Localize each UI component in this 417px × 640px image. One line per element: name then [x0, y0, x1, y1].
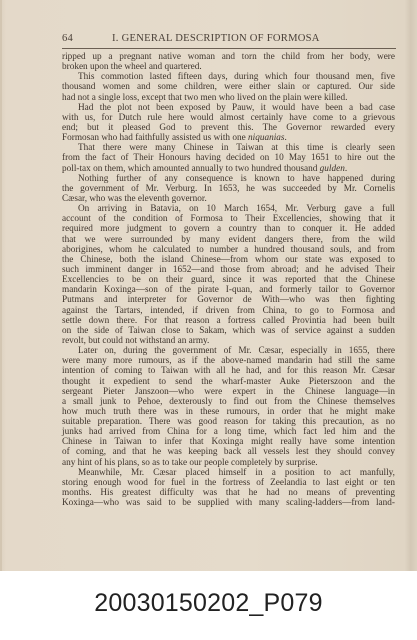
text-line-content: the Chinese, both the island Chinese—fro… — [62, 255, 395, 265]
text-line: ripped up a pregnant native woman and to… — [62, 52, 395, 62]
text-line: Nothing further of any consequence is kn… — [62, 174, 395, 184]
text-line-content: junks had arrived from China for a long … — [62, 427, 395, 437]
text-line-content: were many more rumours, as if the above-… — [62, 356, 395, 366]
text-line-content: Meanwhile, Mr. Cæsar placed himself in a… — [78, 468, 395, 478]
text-line: broken upon the wheel and quartered. — [62, 62, 395, 72]
text-line: This commotion lasted fifteen days, duri… — [62, 72, 395, 82]
text-line-content: poll-tax on them, which amounted annuall… — [62, 164, 320, 174]
punctuation: . — [345, 164, 347, 174]
text-line-content: a small junk to Pehoe, dexterously to fi… — [62, 397, 395, 407]
text-line: the government of Mr. Verburg. In 1653, … — [62, 184, 395, 194]
text-line-content: ripped up a pregnant native woman and to… — [62, 52, 395, 62]
text-line: months. His greatest difficulty was that… — [62, 488, 395, 498]
text-line: thousand women and some children, were e… — [62, 82, 395, 92]
text-line: on the side of Taiwan close to Sakam, wh… — [62, 326, 395, 336]
text-line: settle down there. For that reason a for… — [62, 316, 395, 326]
text-line: storing enough wood for fuel in the fort… — [62, 478, 395, 488]
text-line-content: Koxinga—who was said to be supplied with… — [62, 498, 395, 508]
text-line-content: Had the plot not been exposed by Pauw, i… — [78, 103, 395, 113]
text-line-content: That there were many Chinese in Taiwan a… — [78, 143, 395, 153]
text-line: the Chinese, both the island Chinese—fro… — [62, 255, 395, 265]
text-line-content: thousand women and some children, were e… — [62, 82, 395, 92]
text-line: poll-tax on them, which amounted annuall… — [62, 164, 395, 174]
text-line: That there were many Chinese in Taiwan a… — [62, 143, 395, 153]
text-line-content: Nothing further of any consequence is kn… — [78, 174, 395, 184]
punctuation: . — [285, 133, 287, 143]
page-number: 64 — [62, 33, 73, 44]
text-line-content: Excellencies to be on their guard, since… — [62, 275, 395, 285]
text-line: required more judgment to govern a count… — [62, 224, 395, 234]
text-line-content: storing enough wood for fuel in the fort… — [62, 478, 395, 488]
text-line-content: end; but it pleased God to prevent this.… — [62, 123, 395, 133]
text-line-content: had not a single loss, except that two m… — [62, 93, 347, 103]
text-line: a small junk to Pehoe, dexterously to fi… — [62, 397, 395, 407]
text-line: from the fact of Their Honours having de… — [62, 153, 395, 163]
text-line: mandarin Koxinga—son of the pirate I-qua… — [62, 285, 395, 295]
text-line-content: aborigines, whom he calculated to number… — [62, 245, 395, 255]
text-line: Chinese in Taiwan to infer that Koxinga … — [62, 437, 395, 447]
text-line-content: with us, for Dutch rule here would almos… — [62, 113, 395, 123]
text-line: suitable preparation. There was good rea… — [62, 417, 395, 427]
text-line-content: required more judgment to govern a count… — [62, 224, 395, 234]
header-rule — [62, 48, 396, 49]
text-line: such imminent danger in 1652—and those f… — [62, 265, 395, 275]
text-line-content: Later on, during the government of Mr. C… — [78, 346, 395, 356]
text-line-content: sergeant Pieter Janszoon—who were expert… — [62, 387, 395, 397]
text-line-content: Cæsar, who was the eleventh governor. — [62, 194, 207, 204]
text-line: revolt, but could not withstand an army. — [62, 336, 395, 346]
text-line: thought it expedient to send the wharf-m… — [62, 377, 395, 387]
text-line: sergeant Pieter Janszoon—who were expert… — [62, 387, 395, 397]
text-line-content: intention of coming to Taiwan with all h… — [62, 366, 395, 376]
text-line-content: on the side of Taiwan close to Sakam, wh… — [62, 326, 395, 336]
text-line: against the Tartars, intended, if driven… — [62, 306, 395, 316]
text-line: account of the condition of Formosa to T… — [62, 214, 395, 224]
text-line: were many more rumours, as if the above-… — [62, 356, 395, 366]
text-line-content: any hint of his plans, so as to take our… — [62, 458, 318, 468]
text-line: Excellencies to be on their guard, since… — [62, 275, 395, 285]
text-line-content: from the fact of Their Honours having de… — [62, 153, 395, 163]
text-line-content: Formosan who had faithfully assisted us … — [62, 133, 248, 143]
text-line: intention of coming to Taiwan with all h… — [62, 366, 395, 376]
text-line-content: Chinese in Taiwan to infer that Koxinga … — [62, 437, 395, 447]
text-line-content: that we were surrounded by many evident … — [62, 235, 395, 245]
text-line: On arriving in Batavia, on 10 March 1654… — [62, 204, 395, 214]
text-line: any hint of his plans, so as to take our… — [62, 458, 395, 468]
text-line: that we were surrounded by many evident … — [62, 235, 395, 245]
text-line: Cæsar, who was the eleventh governor. — [62, 194, 395, 204]
text-line-content: Putmans and interpreter for Governor de … — [62, 295, 395, 305]
italic-term: niquanias — [248, 133, 285, 143]
text-line-content: mandarin Koxinga—son of the pirate I-qua… — [62, 285, 395, 295]
page-edge — [0, 0, 2, 571]
text-line-content: This commotion lasted fifteen days, duri… — [78, 72, 395, 82]
text-line: junks had arrived from China for a long … — [62, 427, 395, 437]
text-line: of coming, and that he was keeping back … — [62, 447, 395, 457]
text-line: end; but it pleased God to prevent this.… — [62, 123, 395, 133]
text-line-content: broken upon the wheel and quartered. — [62, 62, 202, 72]
text-line-content: months. His greatest difficulty was that… — [62, 488, 395, 498]
text-line-content: suitable preparation. There was good rea… — [62, 417, 395, 427]
running-title: I. GENERAL DESCRIPTION OF FORMOSA — [112, 33, 320, 44]
text-line-content: account of the condition of Formosa to T… — [62, 214, 395, 224]
text-line-content: On arriving in Batavia, on 10 March 1654… — [78, 204, 395, 214]
text-line: Koxinga—who was said to be supplied with… — [62, 498, 395, 508]
italic-term: gulden — [320, 164, 345, 174]
text-line-content: thought it expedient to send the wharf-m… — [62, 377, 395, 387]
scanned-page: 64 I. GENERAL DESCRIPTION OF FORMOSA rip… — [0, 0, 417, 571]
text-line-content: against the Tartars, intended, if driven… — [62, 306, 395, 316]
text-line: with us, for Dutch rule here would almos… — [62, 113, 395, 123]
text-line: Later on, during the government of Mr. C… — [62, 346, 395, 356]
text-line: aborigines, whom he calculated to number… — [62, 245, 395, 255]
body-text: ripped up a pregnant native woman and to… — [62, 52, 395, 508]
text-line: Formosan who had faithfully assisted us … — [62, 133, 395, 143]
text-line: Putmans and interpreter for Governor de … — [62, 295, 395, 305]
text-line: Had the plot not been exposed by Pauw, i… — [62, 103, 395, 113]
text-line: how much truth there was in these rumour… — [62, 407, 395, 417]
running-header: 64 I. GENERAL DESCRIPTION OF FORMOSA — [62, 33, 395, 47]
text-line: Meanwhile, Mr. Cæsar placed himself in a… — [62, 468, 395, 478]
text-line-content: the government of Mr. Verburg. In 1653, … — [62, 184, 395, 194]
text-line-content: revolt, but could not withstand an army. — [62, 336, 209, 346]
text-line-content: settle down there. For that reason a for… — [62, 316, 395, 326]
text-line-content: how much truth there was in these rumour… — [62, 407, 395, 417]
text-line-content: such imminent danger in 1652—and those f… — [62, 265, 395, 275]
text-line: had not a single loss, except that two m… — [62, 93, 395, 103]
text-line-content: of coming, and that he was keeping back … — [62, 447, 395, 457]
image-id-caption: 20030150202_P079 — [0, 589, 417, 618]
